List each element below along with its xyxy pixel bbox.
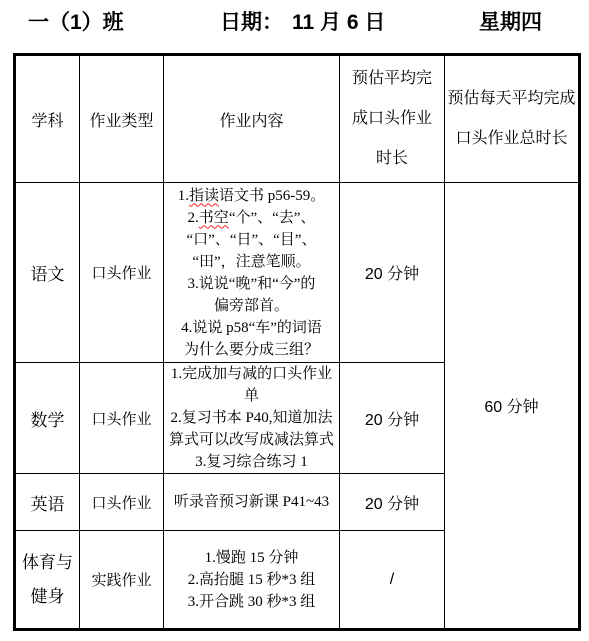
date-value: 11 月 6 日 bbox=[292, 11, 385, 34]
column-header-content: 作业内容 bbox=[164, 55, 340, 183]
type-math: 口头作业 bbox=[80, 363, 164, 474]
homework-table: 学科 作业类型 作业内容 预估平均完 成口头作业 时长 预估每天平均完成 口头作… bbox=[13, 53, 581, 631]
subject-math: 数学 bbox=[15, 363, 80, 474]
subject-line: 健身 bbox=[16, 580, 79, 614]
table-row-chinese: 语文 口头作业 1.指读语文书 p56-59。 2.书空“个”、“去”、 “口”… bbox=[15, 183, 580, 363]
content-english: 听录音预习新课 P41~43 bbox=[164, 474, 340, 531]
homework-line: 4.说说 p58“车”的词语 bbox=[164, 317, 339, 339]
homework-line: 为什么要分成三组？ bbox=[164, 339, 339, 361]
homework-line: 1.完成加与减的口头作业 bbox=[164, 363, 339, 385]
avg-time-line: 成口头作业 bbox=[340, 99, 444, 139]
homework-line: 3.说说“晚”和“今”的 bbox=[164, 273, 339, 295]
subject-line: 体育与 bbox=[16, 546, 79, 580]
homework-line: 2.高抬腿 15 秒*3 组 bbox=[164, 569, 339, 591]
type-pe: 实践作业 bbox=[80, 531, 164, 630]
homework-line: 2.复习书本 P40,知道加法 bbox=[164, 407, 339, 429]
table-header-row: 学科 作业类型 作业内容 预估平均完 成口头作业 时长 预估每天平均完成 口头作… bbox=[15, 55, 580, 183]
weekday: 星期四 bbox=[479, 9, 542, 37]
duration-english: 20 分钟 bbox=[340, 474, 445, 531]
content-math: 1.完成加与减的口头作业 单 2.复习书本 P40,知道加法 算式可以改写成减法… bbox=[164, 363, 340, 474]
subject-chinese: 语文 bbox=[15, 183, 80, 363]
content-chinese: 1.指读语文书 p56-59。 2.书空“个”、“去”、 “口”、“日”、“目”… bbox=[164, 183, 340, 363]
item-number: 1. bbox=[178, 188, 189, 204]
column-header-type: 作业类型 bbox=[80, 55, 164, 183]
item-text: “个”、“去”、 bbox=[229, 210, 316, 226]
duration-chinese: 20 分钟 bbox=[340, 183, 445, 363]
duration-math: 20 分钟 bbox=[340, 363, 445, 474]
column-header-total-time: 预估每天平均完成 口头作业总时长 bbox=[445, 55, 580, 183]
type-chinese: 口头作业 bbox=[80, 183, 164, 363]
class-name: 一（1）班 bbox=[28, 9, 124, 37]
homework-line: 单 bbox=[164, 385, 339, 407]
homework-line: 听录音预习新课 P41~43 bbox=[164, 491, 339, 513]
item-text: 语文书 p56-59。 bbox=[219, 188, 325, 204]
column-header-subject: 学科 bbox=[15, 55, 80, 183]
total-time-line: 口头作业总时长 bbox=[445, 119, 578, 159]
date-field: 日期：11 月 6 日 bbox=[220, 9, 385, 37]
avg-time-line: 预估平均完 bbox=[340, 59, 444, 99]
type-english: 口头作业 bbox=[80, 474, 164, 531]
column-header-avg-time: 预估平均完 成口头作业 时长 bbox=[340, 55, 445, 183]
item-number: 2. bbox=[188, 210, 199, 226]
homework-line: 算式可以改写成减法算式 bbox=[164, 429, 339, 451]
homework-line: 3.开合跳 30 秒*3 组 bbox=[164, 591, 339, 613]
avg-time-line: 时长 bbox=[340, 139, 444, 179]
date-label: 日期： bbox=[220, 11, 283, 34]
homework-line: 3.复习综合练习 1 bbox=[164, 451, 339, 473]
homework-line: “田”，注意笔顺。 bbox=[164, 251, 339, 273]
total-duration-cell: 60 分钟 bbox=[445, 183, 580, 630]
homework-line: 1.指读语文书 p56-59。 bbox=[164, 185, 339, 207]
page-header: 一（1）班 日期：11 月 6 日 星期四 bbox=[0, 0, 589, 50]
homework-line: “口”、“日”、“目”、 bbox=[164, 229, 339, 251]
homework-line: 1.慢跑 15 分钟 bbox=[164, 547, 339, 569]
spellcheck-marked-text: 书空 bbox=[199, 210, 229, 226]
total-time-line: 预估每天平均完成 bbox=[445, 79, 578, 119]
duration-pe: / bbox=[340, 531, 445, 630]
spellcheck-marked-text: 指读 bbox=[189, 188, 219, 204]
subject-english: 英语 bbox=[15, 474, 80, 531]
homework-line: 偏旁部首。 bbox=[164, 295, 339, 317]
subject-pe: 体育与 健身 bbox=[15, 531, 80, 630]
homework-line: 2.书空“个”、“去”、 bbox=[164, 207, 339, 229]
content-pe: 1.慢跑 15 分钟 2.高抬腿 15 秒*3 组 3.开合跳 30 秒*3 组 bbox=[164, 531, 340, 630]
